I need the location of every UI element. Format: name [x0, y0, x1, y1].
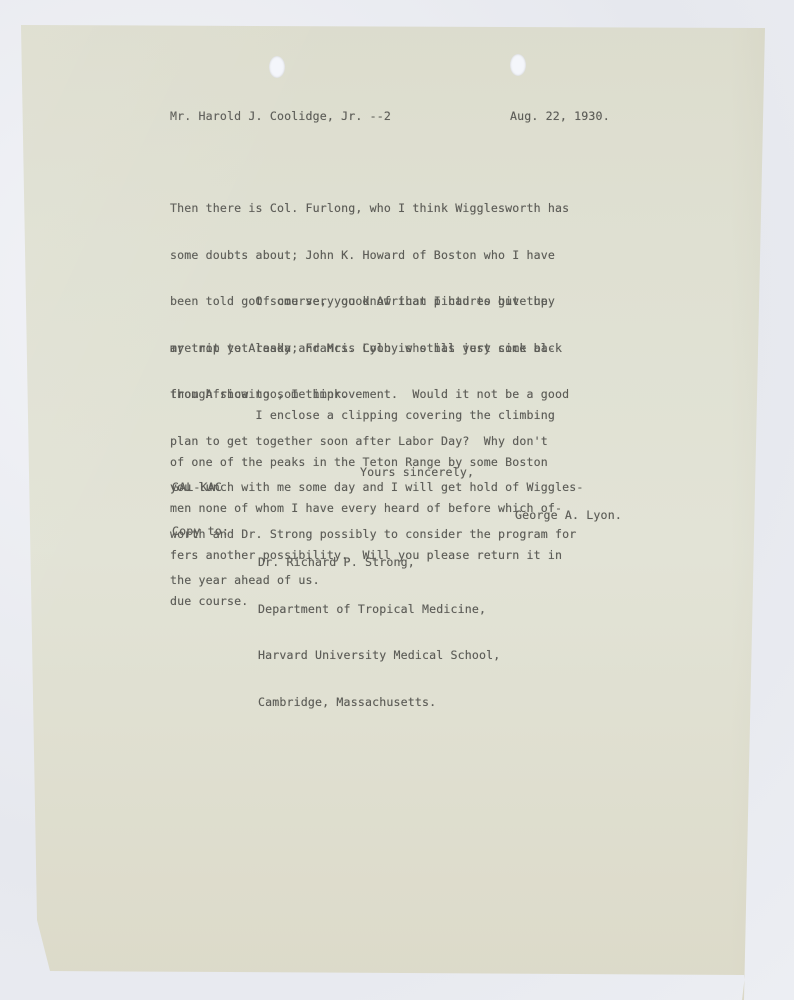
paragraph-line: Then there is Col. Furlong, who I think … [170, 201, 569, 217]
paragraph-line: Of course, you know that I had to give u… [170, 294, 584, 310]
copy-to-label: Copy to: [172, 524, 229, 540]
address-line: Department of Tropical Medicine, [258, 602, 500, 618]
paragraph-line: I enclose a clipping covering the climbi… [170, 408, 562, 424]
copy-to-address: Dr. Richard P. Strong, Department of Tro… [258, 524, 500, 741]
address-line: Dr. Richard P. Strong, [258, 555, 500, 571]
paragraph-line: men none of whom I have every heard of b… [170, 501, 562, 517]
paragraph-line: some doubts about; John K. Howard of Bos… [170, 248, 569, 264]
typist-initials: GAL-KAC [172, 480, 222, 496]
paragraph-line: my trip to Alaska and Mrs. Lyon is still… [170, 341, 584, 357]
address-line: Cambridge, Massachusetts. [258, 695, 500, 711]
header-recipient-page: Mr. Harold J. Coolidge, Jr. --2 [170, 109, 391, 125]
punch-hole-right [510, 54, 526, 76]
address-line: Harvard University Medical School, [258, 648, 500, 664]
header-date: Aug. 22, 1930. [510, 109, 610, 125]
punch-hole-left [269, 56, 285, 78]
closing: Yours sincerely, [360, 465, 474, 481]
letter-page: Mr. Harold J. Coolidge, Jr. --2 Aug. 22,… [0, 0, 794, 1000]
signature: George A. Lyon. [515, 508, 622, 524]
